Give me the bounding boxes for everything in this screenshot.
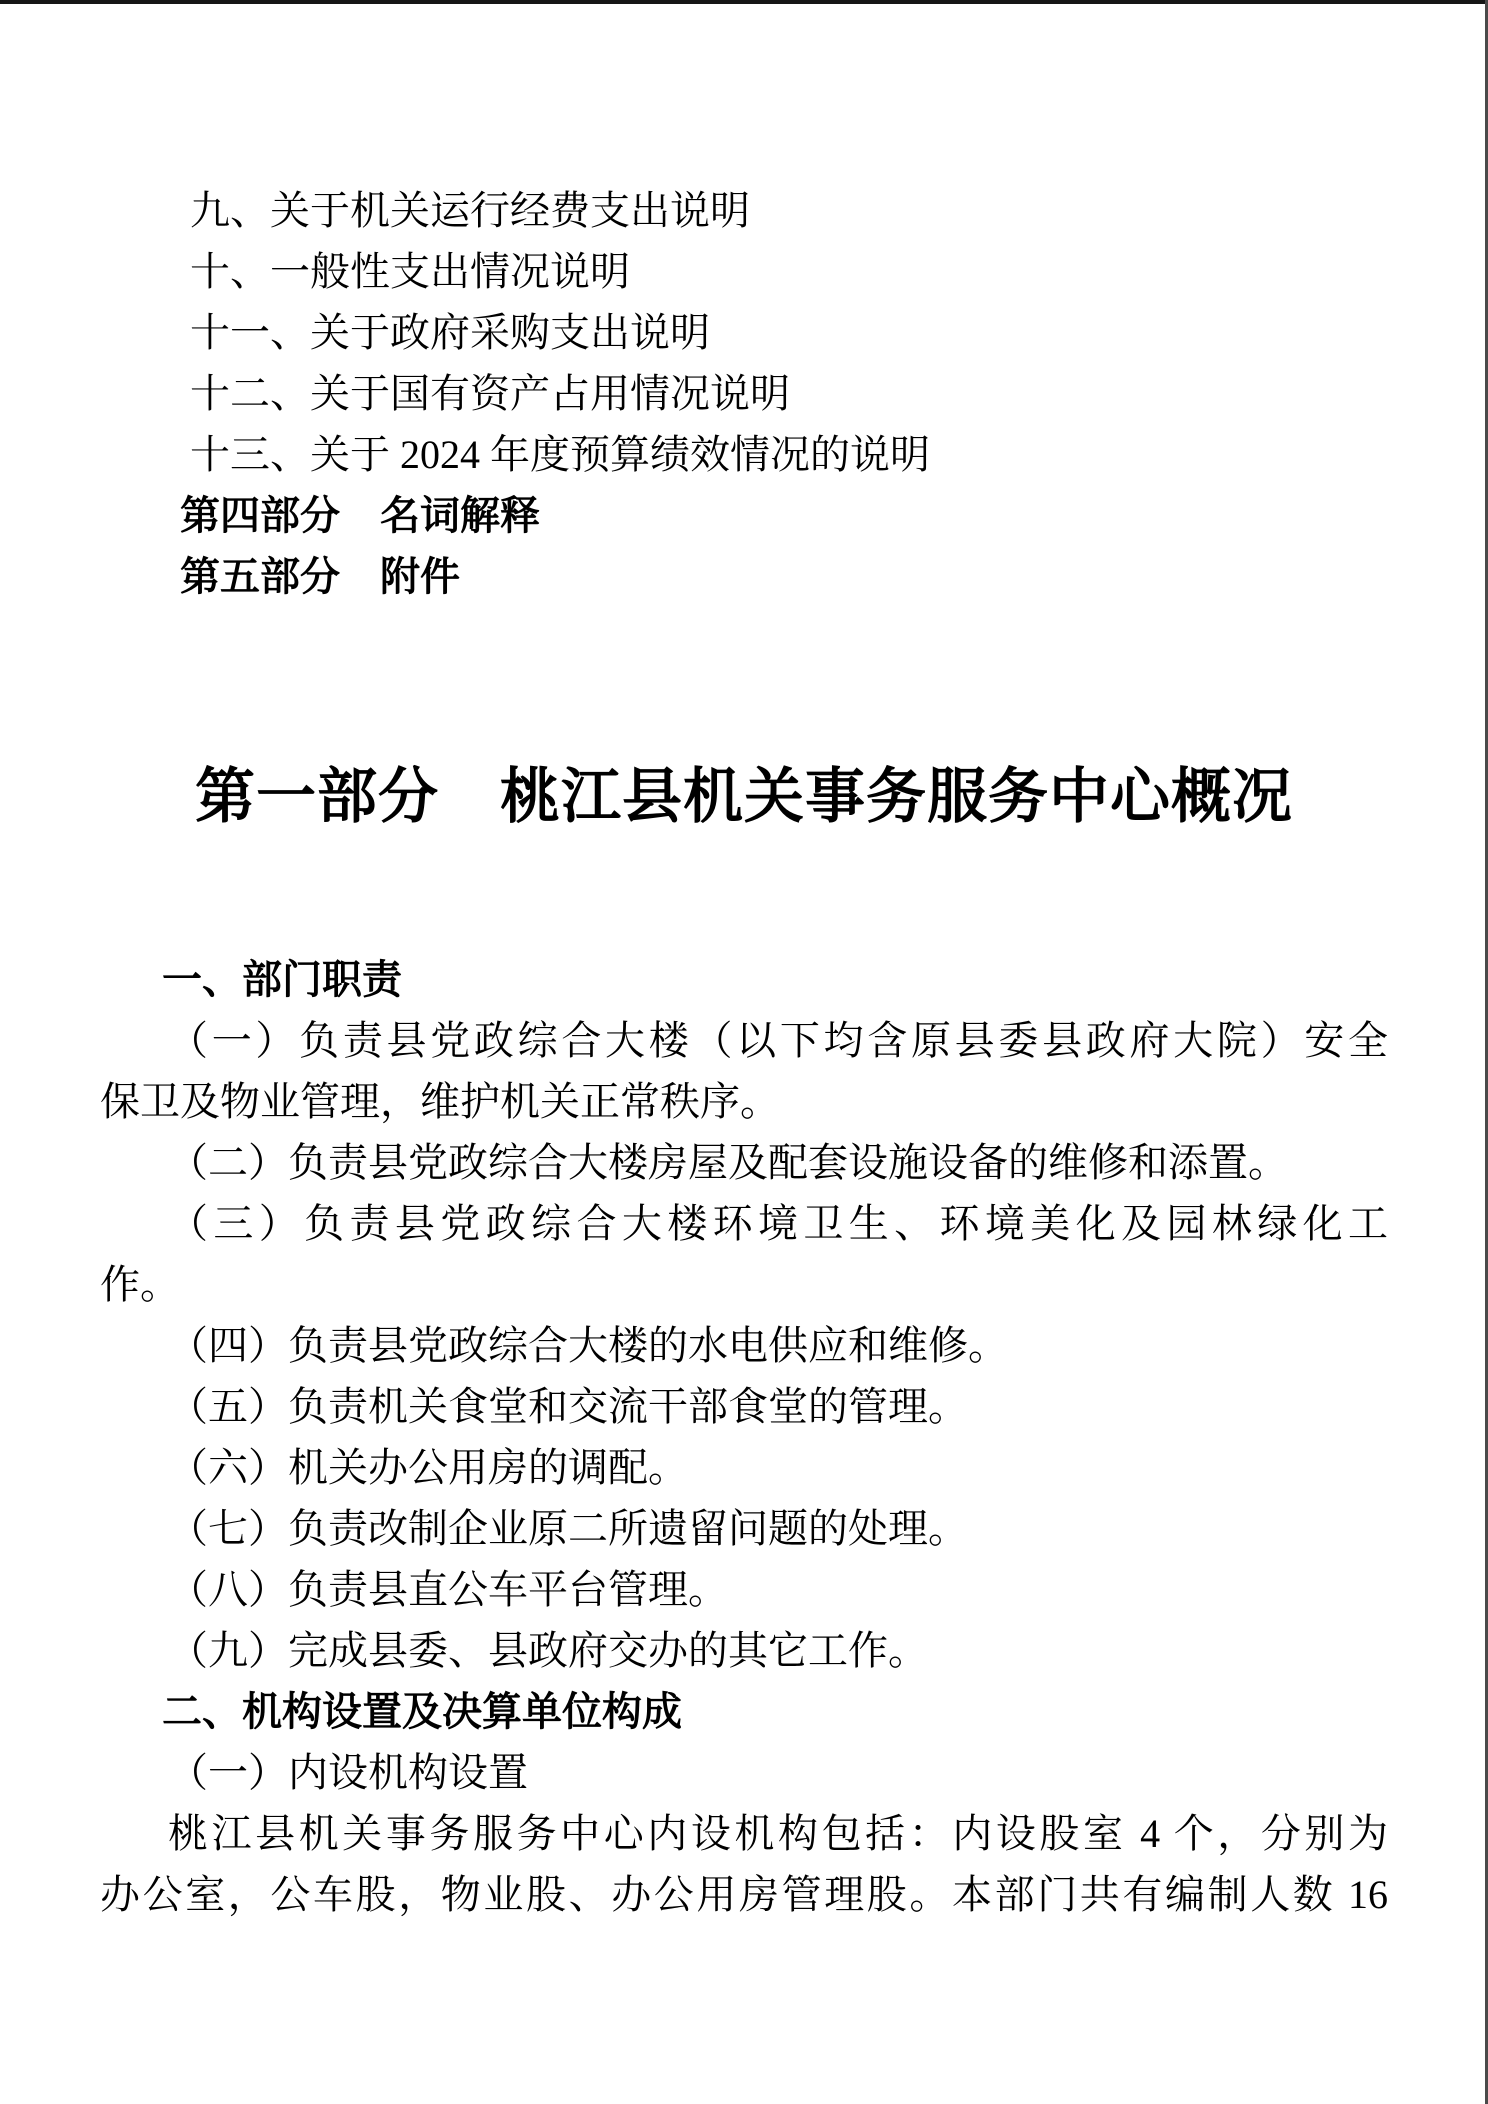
- duty-paragraph: （四）负责县党政综合大楼的水电供应和维修。: [100, 1315, 1388, 1376]
- duty-paragraph: （三）负责县党政综合大楼环境卫生、环境美化及园林绿化工 作。: [100, 1193, 1388, 1315]
- org-sub-heading: （一）内设机构设置: [100, 1742, 1388, 1803]
- table-of-contents: 九、关于机关运行经费支出说明 十、一般性支出情况说明 十一、关于政府采购支出说明…: [100, 180, 1388, 607]
- toc-part-5: 第五部分 附件: [100, 546, 1388, 607]
- paragraph-line: （六）机关办公用房的调配。: [100, 1437, 1388, 1498]
- toc-item-12: 十二、关于国有资产占用情况说明: [100, 363, 1388, 424]
- duty-paragraph: （一）负责县党政综合大楼（以下均含原县委县政府大院）安全 保卫及物业管理，维护机…: [100, 1010, 1388, 1132]
- paragraph-line: 桃江县机关事务服务中心内设机构包括：内设股室 4 个，分别为: [100, 1803, 1388, 1864]
- toc-item-9: 九、关于机关运行经费支出说明: [100, 180, 1388, 241]
- paragraph-line: 作。: [100, 1254, 1388, 1315]
- paragraph-line: （九）完成县委、县政府交办的其它工作。: [100, 1620, 1388, 1681]
- duty-paragraph: （九）完成县委、县政府交办的其它工作。: [100, 1620, 1388, 1681]
- section-heading-duties: 一、部门职责: [100, 949, 1388, 1010]
- toc-item-13: 十三、关于 2024 年度预算绩效情况的说明: [100, 424, 1388, 485]
- paragraph-line: 保卫及物业管理，维护机关正常秩序。: [100, 1071, 1388, 1132]
- paragraph-line: 办公室，公车股，物业股、办公用房管理股。本部门共有编制人数 16: [100, 1864, 1388, 1925]
- page-content: 九、关于机关运行经费支出说明 十、一般性支出情况说明 十一、关于政府采购支出说明…: [0, 0, 1488, 1925]
- part-one-title: 第一部分 桃江县机关事务服务中心概况: [100, 755, 1388, 839]
- org-paragraph: 桃江县机关事务服务中心内设机构包括：内设股室 4 个，分别为 办公室，公车股，物…: [100, 1803, 1388, 1925]
- duty-paragraph: （七）负责改制企业原二所遗留问题的处理。: [100, 1498, 1388, 1559]
- paragraph-line: （七）负责改制企业原二所遗留问题的处理。: [100, 1498, 1388, 1559]
- document-page: 九、关于机关运行经费支出说明 十、一般性支出情况说明 十一、关于政府采购支出说明…: [0, 0, 1488, 2104]
- section-heading-org: 二、机构设置及决算单位构成: [100, 1681, 1388, 1742]
- duty-paragraph: （五）负责机关食堂和交流干部食堂的管理。: [100, 1376, 1388, 1437]
- toc-item-11: 十一、关于政府采购支出说明: [100, 302, 1388, 363]
- paragraph-line: （四）负责县党政综合大楼的水电供应和维修。: [100, 1315, 1388, 1376]
- body-text: 一、部门职责 （一）负责县党政综合大楼（以下均含原县委县政府大院）安全 保卫及物…: [100, 949, 1388, 1925]
- duty-paragraph: （二）负责县党政综合大楼房屋及配套设施设备的维修和添置。: [100, 1132, 1388, 1193]
- paragraph-line: （二）负责县党政综合大楼房屋及配套设施设备的维修和添置。: [100, 1132, 1388, 1193]
- paragraph-line: （八）负责县直公车平台管理。: [100, 1559, 1388, 1620]
- toc-item-10: 十、一般性支出情况说明: [100, 241, 1388, 302]
- paragraph-line: （一）负责县党政综合大楼（以下均含原县委县政府大院）安全: [100, 1010, 1388, 1071]
- duty-paragraph: （六）机关办公用房的调配。: [100, 1437, 1388, 1498]
- toc-part-4: 第四部分 名词解释: [100, 485, 1388, 546]
- paragraph-line: （五）负责机关食堂和交流干部食堂的管理。: [100, 1376, 1388, 1437]
- paragraph-line: （三）负责县党政综合大楼环境卫生、环境美化及园林绿化工: [100, 1193, 1388, 1254]
- duty-paragraph: （八）负责县直公车平台管理。: [100, 1559, 1388, 1620]
